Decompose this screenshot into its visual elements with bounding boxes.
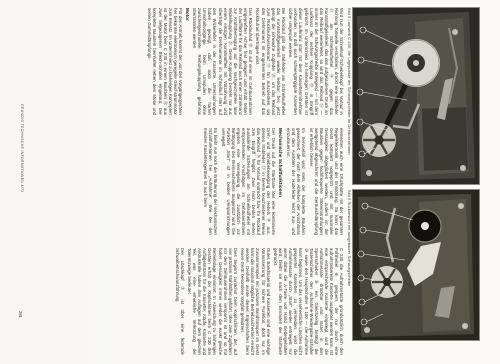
figure-caption: Bild 5 Laufwerk C 230, die Lagepunkte de… <box>346 8 351 184</box>
photo-bild-5-mechanism-image <box>353 8 479 184</box>
text-column-2: elementen auch eine Druckplatte mit der … <box>34 128 344 235</box>
paragraph: Wird nun der Schnellauf-Schiebeknopf bei… <box>288 8 344 115</box>
page-number: 281 <box>18 311 23 318</box>
paragraph: Gutes Bandmaterial und Kassetten sind ei… <box>240 248 270 355</box>
figure-bild-6: Bild 6 Rückansicht mit ausgebauter Schwu… <box>346 190 479 340</box>
scanned-page-stage: Bild 5 Laufwerk C 230, die Lagepunkte de… <box>0 0 500 364</box>
paragraph: Bei Rücklauf gibt die Stabfeder am Schne… <box>255 8 285 115</box>
paragraph: C 230 die Aufnahmetaste grundsätzlich du… <box>273 248 344 355</box>
photo-bild-6-mechanism-image <box>353 190 479 340</box>
paragraph: elementen auch eine Druckplatte mit der … <box>309 128 344 235</box>
paragraph: Dies beginnt zunächst beim Kopfschlitten… <box>187 248 238 355</box>
paragraph: Für den Antrieb kommt der von den Vorgän… <box>147 8 182 115</box>
text-column-3: C 230 die Aufnahmetaste grundsätzlich du… <box>34 248 344 355</box>
journal-footer: GRUNDIG TECHNISCHE INFORMATIONEN 4/73 <box>20 104 24 193</box>
paragraph: Das Rücklaufrad ⑱ ist auf einer im Gehäu… <box>192 8 253 115</box>
figure-bild-5: Bild 5 Laufwerk C 230, die Lagepunkte de… <box>346 8 479 184</box>
paragraph: Der Druck auf die Starttaste löst eine k… <box>221 128 277 235</box>
figure-caption: Bild 6 Rückansicht mit ausgebauter Schwu… <box>346 190 351 340</box>
magazine-page: Bild 5 Laufwerk C 230, die Lagepunkte de… <box>0 0 500 364</box>
section-heading-schaltfunktionen: Mechanische Schaltfunktionen <box>278 128 283 235</box>
section-heading-motor: Motor <box>184 8 189 115</box>
text-column-1: Wird nun der Schnellauf-Schiebeknopf bei… <box>34 8 344 115</box>
paragraph: Es bleibt nun noch die Erläuterung der m… <box>203 128 218 235</box>
paragraph: Im Servicefall wird stets der komplette … <box>286 128 306 235</box>
paragraph: Der Löschkopf ⑦ ist über eine federnde S… <box>175 248 185 355</box>
